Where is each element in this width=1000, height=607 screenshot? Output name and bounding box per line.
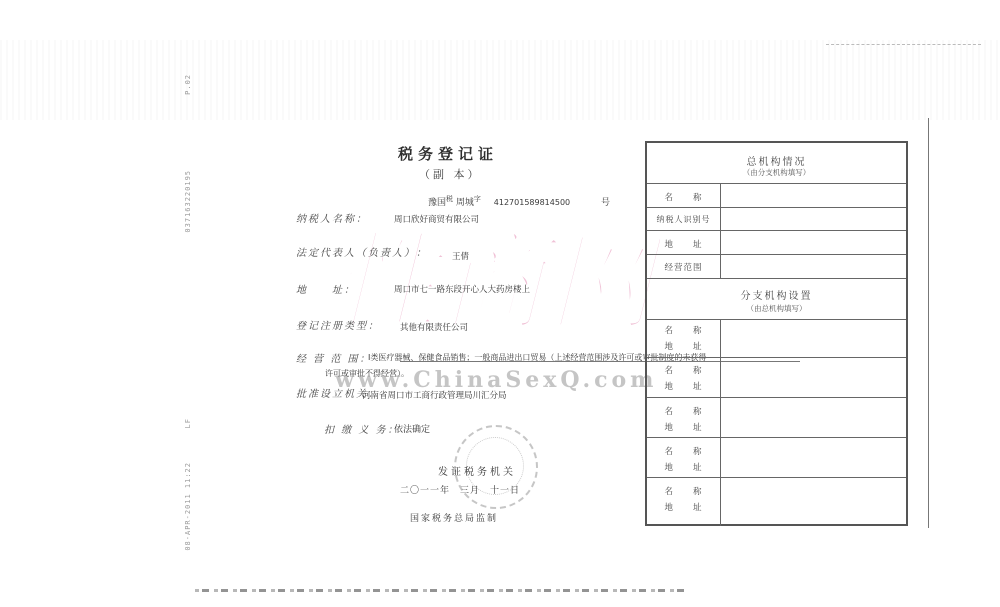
- address-value: 周口市七一路东段开心人大药房楼上: [394, 283, 530, 295]
- hq-section-subtitle: （由分支机构填写）: [647, 167, 906, 178]
- registration-type-value: 其他有限责任公司: [400, 321, 468, 333]
- taxpayer-name-value: 周口欣好商贸有限公司: [394, 213, 479, 225]
- withholding-value: 依法确定: [394, 422, 430, 435]
- fax-mode: LF: [184, 418, 192, 428]
- legal-representative-value: 王倩: [452, 250, 469, 262]
- branch-4-address-label: 地 址: [647, 461, 720, 473]
- branch-3-name-label: 名 称: [647, 405, 720, 417]
- issuing-authority-label: 发证税务机关: [438, 463, 516, 478]
- branch-5-name-label: 名 称: [647, 485, 720, 497]
- branch-2-name-label: 名 称: [647, 364, 720, 376]
- hq-address-label: 地 址: [647, 238, 720, 250]
- organization-table: 总机构情况 （由分支机构填写） 名 称 纳税人识别号 地 址 经营范围 分支机构…: [645, 141, 908, 526]
- registration-number: 412701589814500: [494, 198, 570, 207]
- reg-prefix-1: 豫国: [428, 198, 446, 208]
- hq-section-title: 总机构情况: [647, 153, 906, 168]
- branch-4-name-label: 名 称: [647, 445, 720, 457]
- registration-number-line: 豫国税 周城字 412701589814500 号: [428, 194, 610, 208]
- business-scope-label: 经 营 范 围：: [296, 350, 372, 365]
- fax-page-number: P.02: [184, 74, 192, 95]
- hq-taxpayer-id-label: 纳税人识别号: [647, 214, 720, 225]
- issue-date: 二〇一一年 三月 十一日: [400, 483, 520, 496]
- certificate-copy-label: （副 本）: [419, 166, 482, 182]
- scan-edge-bottom: [195, 589, 685, 592]
- approval-authority-value: 河南省周口市工商行政管理局川汇分局: [362, 389, 507, 401]
- withholding-label: 扣 缴 义 务：: [324, 421, 400, 436]
- branch-5-address-label: 地 址: [647, 501, 720, 513]
- branch-3-address-label: 地 址: [647, 421, 720, 433]
- branch-1-address-label: 地 址: [647, 340, 720, 352]
- scan-edge-top: [826, 44, 981, 45]
- certificate-title: 税务登记证: [398, 143, 498, 164]
- fax-phone-number: 03716322019​5: [184, 170, 192, 233]
- branch-1-name-label: 名 称: [647, 324, 720, 336]
- hq-business-scope-label: 经营范围: [647, 261, 720, 273]
- branch-section-title: 分支机构设置: [647, 287, 906, 302]
- address-label: 地 址：: [296, 281, 356, 296]
- branch-2-address-label: 地 址: [647, 380, 720, 392]
- scan-edge-right: [928, 118, 929, 528]
- hq-name-label: 名 称: [647, 191, 720, 203]
- supervision-footer: 国家税务总局监制: [410, 511, 498, 524]
- fax-datetime: 08-APR-2011 11:22: [184, 462, 192, 551]
- fax-scan-band: [0, 40, 1000, 120]
- legal-representative-label: 法定代表人（负责人）：: [296, 244, 428, 259]
- branch-section-subtitle: （由总机构填写）: [647, 303, 906, 314]
- taxpayer-name-label: 纳税人名称：: [296, 210, 368, 225]
- registration-type-label: 登记注册类型：: [296, 317, 380, 332]
- reg-suffix: 号: [601, 198, 610, 208]
- reg-prefix-2: 周城: [456, 198, 474, 208]
